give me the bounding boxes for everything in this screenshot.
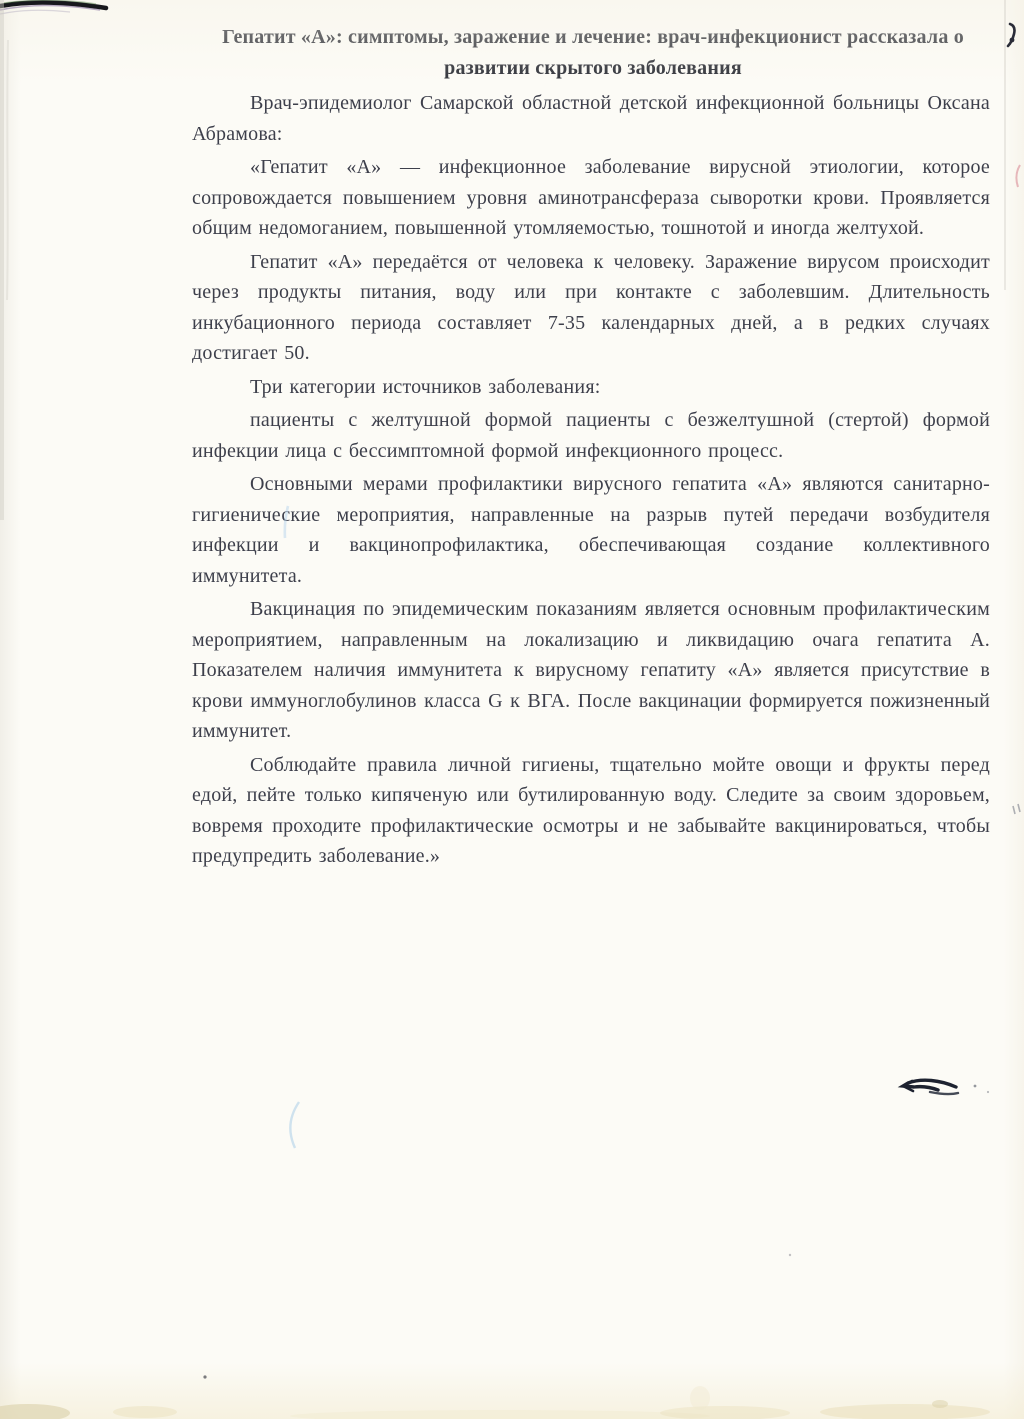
right-edge-pink-arc [1016,165,1020,187]
paragraph: Соблюдайте правила личной гигиены, тщате… [192,750,990,872]
paragraph: Врач-эпидемиолог Самарской областной дет… [192,88,990,149]
paragraph: Вакцинация по эпидемическим показаниям я… [192,594,990,747]
paragraph: Гепатит «А» передаётся от человека к чел… [192,247,990,369]
paragraph: Основными мерами профилактики вирусного … [192,469,990,591]
pen-scribble-mark [903,1080,989,1094]
dust-speck [789,1254,791,1256]
dust-speck [203,1375,206,1378]
document-body: Врач-эпидемиолог Самарской областной дет… [192,88,990,875]
document-title: Гепатит «А»: симптомы, заражение и лечен… [198,14,988,84]
left-edge-shadow [0,0,4,520]
paragraph: «Гепатит «А» — инфекционное заболевание … [192,152,990,244]
ink-fleck-top-right [1008,24,1015,46]
scanned-document-page: Гепатит «А»: симптомы, заражение и лечен… [0,0,1024,1419]
paragraph: пациенты с желтушной формой пациенты с б… [192,405,990,466]
paragraph: Три категории источников заболевания: [192,372,990,403]
small-gray-mark-right-edge [1013,804,1020,814]
bottom-smudges [0,1386,990,1419]
left-edge-crease [7,40,8,300]
scan-edge-streak-top-left [0,0,106,14]
pencil-parenthesis-mark [290,1102,299,1148]
